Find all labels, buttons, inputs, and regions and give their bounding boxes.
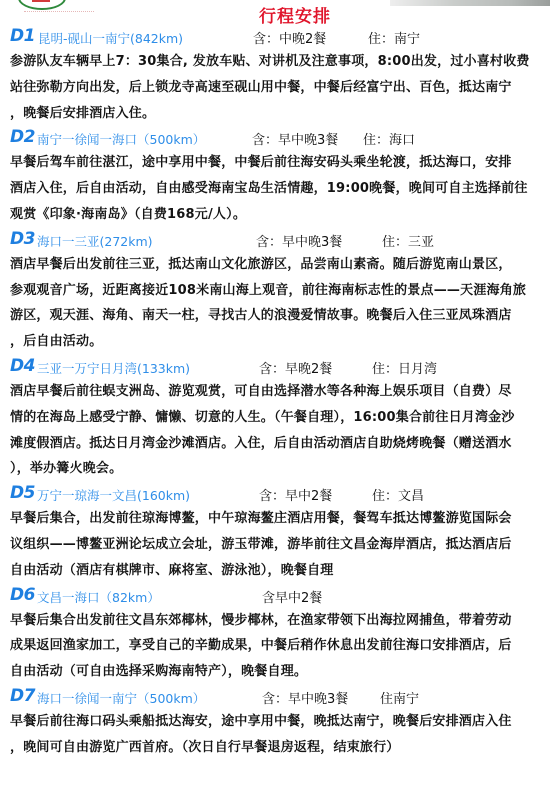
day-header: D2 南宁一徐闻一海口（500km） 含：早中晚3餐 住：海口: [10, 126, 545, 150]
desc-line: 站往弥勒方向出发，后上锁龙寺高速至砚山用中餐，中餐后经富宁出、百色，抵达南宁: [10, 75, 545, 101]
day-route: 文昌一海口（82km）: [37, 588, 160, 606]
desc-line: ，晚间可自由游览广西首府。（次日自行早餐退房返程，结束旅行）: [10, 735, 545, 761]
day-badge: D7: [10, 686, 35, 706]
desc-line: ，后自由活动。: [10, 329, 545, 355]
day-badge: D4: [10, 356, 35, 376]
day-badge: D1: [10, 26, 35, 46]
desc-line: 情的在海岛上感受宁静、慵懒、切意的人生。（午餐自理），16:00集合前往日月湾金…: [10, 405, 545, 431]
day-meals: 含早中2餐: [262, 587, 322, 606]
desc-line: 参观观音广场，近距离接近108米南山海上观音，前往海南标志性的景点——天涯海角旅: [10, 278, 545, 304]
day-description: 早餐后驾车前往湛江，途中享用中餐，中餐后前往海安码头乘坐轮渡，抵达海口，安排 酒…: [10, 150, 545, 227]
day-route: 三亚一万宁日月湾(133km): [37, 359, 190, 377]
day-stay: 住：南宁: [368, 28, 420, 47]
day-badge: D3: [10, 229, 35, 249]
day-route: 万宁一琼海一文昌(160km): [37, 486, 190, 504]
day-section-1: D1 昆明-砚山一南宁(842km) 含：中晚2餐 住：南宁 参游队友车辆早上7…: [10, 25, 545, 126]
day-meals: 含：早中晚3餐: [262, 688, 348, 707]
day-section-3: D3 海口一三亚(272km) 含：早中晚3餐 住：三亚 酒店早餐后出发前往三亚…: [10, 228, 545, 355]
desc-line: 自由活动（酒店有棋牌市、麻将室、游泳池），晚餐自理: [10, 558, 545, 584]
day-description: 早餐后集合，出发前往琼海博鳌，中午琼海鳌庄酒店用餐，餐驾车抵达博鳌游览国际会 议…: [10, 506, 545, 583]
day-meals: 含：中晚2餐: [253, 28, 326, 47]
page-title: 行程安排: [0, 2, 550, 27]
desc-line: 成果返回渔家加工，享受自己的辛勤成果，中餐后稍作休息出发前往海口安排酒店，后: [10, 633, 545, 659]
day-header: D1 昆明-砚山一南宁(842km) 含：中晚2餐 住：南宁: [10, 25, 545, 49]
day-header: D4 三亚一万宁日月湾(133km) 含：早晚2餐 住：日月湾: [10, 355, 545, 379]
day-route: 海口一徐闻一南宁（500km）: [37, 689, 205, 707]
day-meals: 含：早中晚3餐: [256, 231, 342, 250]
day-stay: 住：文昌: [372, 485, 424, 504]
desc-line: 议组织——博鳌亚洲论坛成立会址，游玉带滩，游毕前往文昌金海岸酒店，抵达酒店后: [10, 532, 545, 558]
desc-line: ），举办篝火晚会。: [10, 456, 545, 482]
desc-line: 早餐后集合出发前往文昌东郊椰林，慢步椰林，在渔家带领下出海拉网捕鱼，带着劳动: [10, 608, 545, 634]
day-section-2: D2 南宁一徐闻一海口（500km） 含：早中晚3餐 住：海口 早餐后驾车前往湛…: [10, 126, 545, 227]
day-stay: 住：三亚: [382, 231, 434, 250]
day-badge: D5: [10, 483, 35, 503]
day-meals: 含：早中晚3餐: [252, 129, 338, 148]
day-description: 参游队友车辆早上7：30集合, 发放车贴、对讲机及注意事项，8:00出发，过小喜…: [10, 49, 545, 126]
day-section-6: D6 文昌一海口（82km） 含早中2餐 早餐后集合出发前往文昌东郊椰林，慢步椰…: [10, 584, 545, 685]
day-description: 早餐后前往海口码头乘船抵达海安，途中享用中餐，晚抵达南宁，晚餐后安排酒店入住 ，…: [10, 709, 545, 761]
day-header: D5 万宁一琼海一文昌(160km) 含：早中2餐 住：文昌: [10, 482, 545, 506]
day-description: 酒店早餐后前往蜈支洲岛、游览观赏，可自由选择潜水等各种海上娱乐项目（自费）尽 情…: [10, 379, 545, 482]
day-header: D3 海口一三亚(272km) 含：早中晚3餐 住：三亚: [10, 228, 545, 252]
day-badge: D6: [10, 585, 35, 605]
day-stay: 住南宁: [380, 688, 419, 707]
day-stay: 住：日月湾: [372, 358, 437, 377]
day-section-4: D4 三亚一万宁日月湾(133km) 含：早晚2餐 住：日月湾 酒店早餐后前往蜈…: [10, 355, 545, 482]
itinerary-list: D1 昆明-砚山一南宁(842km) 含：中晚2餐 住：南宁 参游队友车辆早上7…: [10, 25, 545, 761]
day-route: 海口一三亚(272km): [37, 232, 153, 250]
desc-line: 自由活动（可自由选择采购海南特产），晚餐自理。: [10, 659, 545, 685]
day-badge: D2: [10, 127, 35, 147]
desc-line: 观赏《印象·海南岛》（自费168元/人）。: [10, 202, 545, 228]
desc-line: 早餐后前往海口码头乘船抵达海安，途中享用中餐，晚抵达南宁，晚餐后安排酒店入住: [10, 709, 545, 735]
desc-line: 游区，观天涯、海角、南天一柱，寻找古人的浪漫爱情故事。晚餐后入住三亚凤珠酒店: [10, 303, 545, 329]
desc-line: ，晚餐后安排酒店入住。: [10, 101, 545, 127]
day-route: 南宁一徐闻一海口（500km）: [37, 130, 205, 148]
day-route: 昆明-砚山一南宁(842km): [38, 29, 183, 47]
day-description: 酒店早餐后出发前往三亚，抵达南山文化旅游区，品尝南山素斋。随后游览南山景区， 参…: [10, 252, 545, 355]
desc-line: 早餐后驾车前往湛江，途中享用中餐，中餐后前往海安码头乘坐轮渡，抵达海口，安排: [10, 150, 545, 176]
day-header: D6 文昌一海口（82km） 含早中2餐: [10, 584, 545, 608]
day-description: 早餐后集合出发前往文昌东郊椰林，慢步椰林，在渔家带领下出海拉网捕鱼，带着劳动 成…: [10, 608, 545, 685]
day-stay: 住：海口: [363, 129, 415, 148]
desc-line: 早餐后集合，出发前往琼海博鳌，中午琼海鳌庄酒店用餐，餐驾车抵达博鳌游览国际会: [10, 506, 545, 532]
desc-line: 参游队友车辆早上7：30集合, 发放车贴、对讲机及注意事项，8:00出发，过小喜…: [10, 49, 545, 75]
day-section-5: D5 万宁一琼海一文昌(160km) 含：早中2餐 住：文昌 早餐后集合，出发前…: [10, 482, 545, 583]
day-header: D7 海口一徐闻一南宁（500km） 含：早中晚3餐 住南宁: [10, 685, 545, 709]
day-meals: 含：早中2餐: [259, 485, 332, 504]
desc-line: 滩度假酒店。抵达日月湾金沙滩酒店。入住，后自由活动酒店自助烧烤晚餐（赠送酒水: [10, 431, 545, 457]
desc-line: 酒店早餐后出发前往三亚，抵达南山文化旅游区，品尝南山素斋。随后游览南山景区，: [10, 252, 545, 278]
day-meals: 含：早晚2餐: [259, 358, 332, 377]
day-section-7: D7 海口一徐闻一南宁（500km） 含：早中晚3餐 住南宁 早餐后前往海口码头…: [10, 685, 545, 761]
desc-line: 酒店入住，后自由活动，自由感受海南宝岛生活情趣，19:00晚餐，晚间可自主选择前…: [10, 176, 545, 202]
desc-line: 酒店早餐后前往蜈支洲岛、游览观赏，可自由选择潜水等各种海上娱乐项目（自费）尽: [10, 379, 545, 405]
